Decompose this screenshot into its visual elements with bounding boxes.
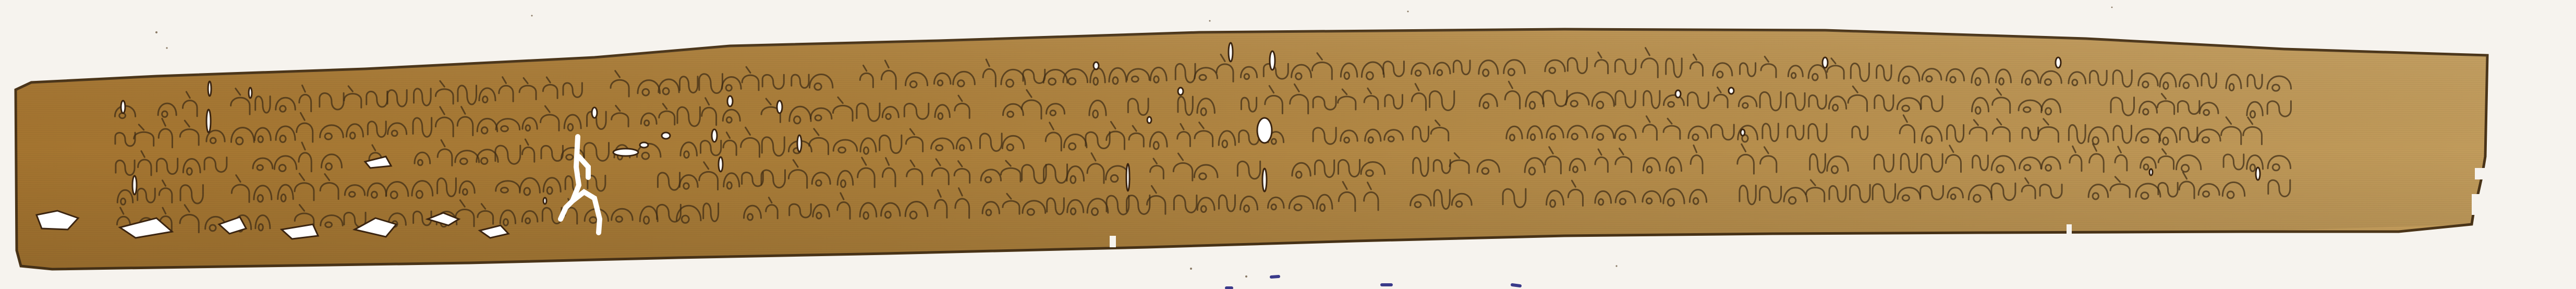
pen-marks — [1226, 276, 1520, 288]
palm-leaf-scene — [0, 0, 2576, 289]
